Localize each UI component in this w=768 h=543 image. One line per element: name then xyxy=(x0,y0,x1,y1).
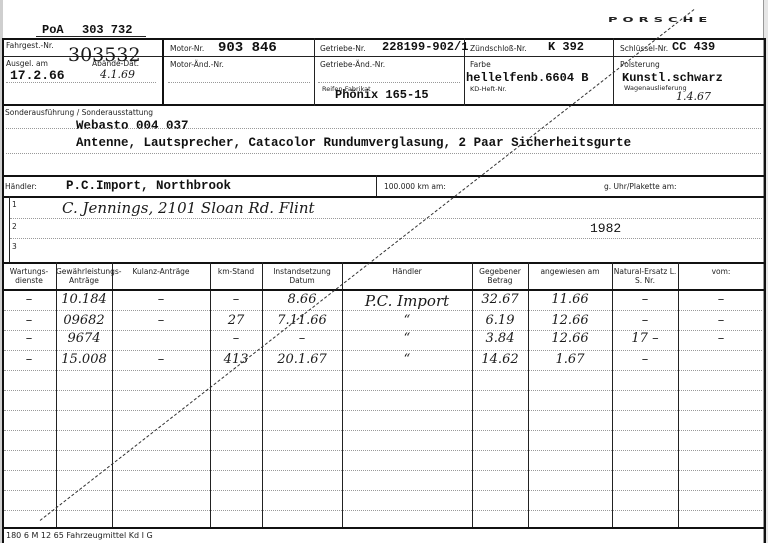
table-cell: 14.62 xyxy=(472,352,528,367)
table-header-0: Wartungs-dienste xyxy=(2,267,56,285)
table-cell: – xyxy=(112,292,210,307)
haendler-label: Händler: xyxy=(5,182,37,191)
table-cell: – xyxy=(262,331,342,346)
poa-number: 303 732 xyxy=(82,23,132,37)
owner-num-3: 3 xyxy=(12,242,17,251)
table-cell: P.C. Import xyxy=(342,292,472,310)
kd-heft-label: KD-Heft-Nr. xyxy=(470,85,507,93)
table-header-6: Gegebener Betrag xyxy=(472,267,528,285)
table-cell: 32.67 xyxy=(472,292,528,307)
table-cell: – xyxy=(678,331,764,346)
table-cell: 9674 xyxy=(56,331,112,346)
farbe-label: Farbe xyxy=(470,60,491,69)
table-cell: – xyxy=(612,313,678,328)
abaenderung-value: 4.1.69 xyxy=(100,68,135,81)
table-header-4: Instandsetzung Datum xyxy=(262,267,342,285)
abaenderung-label: Abände-Dat. xyxy=(92,59,139,68)
table-cell: 11.66 xyxy=(528,292,612,307)
table-header-8: Natural-Ersatz L. S. Nr. xyxy=(612,267,678,285)
getriebe-aend-label: Getriebe-Änd.-Nr. xyxy=(320,60,385,69)
zuendschloss-label: Zündschloß-Nr. xyxy=(470,44,527,53)
getriebe-nr-label: Getriebe-Nr. xyxy=(320,44,366,53)
uhr-label: g. Uhr/Plakette am: xyxy=(604,182,677,191)
table-cell: – xyxy=(678,313,764,328)
km-label: 100.000 km am: xyxy=(384,182,446,191)
sonder-label: Sonderausführung / Sonderausstattung xyxy=(5,108,153,117)
polsterung-value: Kunstl.schwarz xyxy=(622,71,723,85)
table-cell: – xyxy=(112,313,210,328)
sonder-line-1: Webasto 004 037 xyxy=(76,119,189,133)
getriebe-nr-value: 228199-902/1 xyxy=(382,40,468,54)
zuendschloss-value: K 392 xyxy=(548,40,584,54)
table-cell: “ xyxy=(342,313,472,328)
header-bottom-rule xyxy=(2,104,764,106)
table-cell: – xyxy=(612,292,678,307)
table-header-9: vom: xyxy=(678,267,764,276)
table-cell: – xyxy=(210,331,262,346)
table-cell: – xyxy=(2,313,56,328)
table-cell: 10.184 xyxy=(56,292,112,307)
table-header-2: Kulanz-Anträge xyxy=(112,267,210,276)
table-cell: 413 xyxy=(210,352,262,367)
reifen-value: Phönix 165-15 xyxy=(335,88,429,102)
ausgel-value: 17.2.66 xyxy=(10,68,65,83)
motor-nr-label: Motor-Nr. xyxy=(170,44,204,53)
ausgel-label: Ausgel. am xyxy=(6,59,48,68)
table-cell: – xyxy=(2,331,56,346)
table-cell: – xyxy=(210,292,262,307)
table-cell: 1.67 xyxy=(528,352,612,367)
owner-num-1: 1 xyxy=(12,200,17,209)
haendler-value: P.C.Import, Northbrook xyxy=(66,179,231,193)
owner-line-1: C. Jennings, 2101 Sloan Rd. Flint xyxy=(62,199,315,217)
owner-year: 1982 xyxy=(590,221,621,236)
owner-num-2: 2 xyxy=(12,222,17,231)
wagenauslieferung-value: 1.4.67 xyxy=(676,90,711,103)
fahrgestell-label: Fahrgest.-Nr. xyxy=(6,41,54,50)
table-header-1: Gewährleistungs-Anträge xyxy=(56,267,112,285)
farbe-value: hellelfenb.6604 B xyxy=(466,71,588,85)
table-cell: 12.66 xyxy=(528,313,612,328)
sonder-line-2: Antenne, Lautsprecher, Catacolor Rundumv… xyxy=(76,136,631,150)
table-cell: 09682 xyxy=(56,313,112,328)
poa-label: PoA xyxy=(42,23,64,37)
table-cell: – xyxy=(678,292,764,307)
table-header-3: km-Stand xyxy=(210,267,262,276)
table-cell: 15.008 xyxy=(56,352,112,367)
table-cell: – xyxy=(2,292,56,307)
table-header-7: angewiesen am xyxy=(528,267,612,276)
schluessel-value: CC 439 xyxy=(672,40,715,54)
table-cell: 6.19 xyxy=(472,313,528,328)
table-cell: “ xyxy=(342,352,472,367)
table-cell: – xyxy=(2,352,56,367)
porsche-logo: PORSCHE xyxy=(608,16,712,24)
table-cell: “ xyxy=(342,331,472,346)
table-cell: – xyxy=(612,352,678,367)
table-cell: 20.1.67 xyxy=(262,352,342,367)
table-cell: 27 xyxy=(210,313,262,328)
table-cell: 17 – xyxy=(612,331,678,346)
motor-nr-value: 903 846 xyxy=(218,40,277,56)
footer-text: 180 6 M 12 65 Fahrzeugmittel Kd I G xyxy=(6,531,153,540)
table-cell: – xyxy=(112,352,210,367)
table-cell: 12.66 xyxy=(528,331,612,346)
table-cell: 3.84 xyxy=(472,331,528,346)
motor-aend-label: Motor-Änd.-Nr. xyxy=(170,60,224,69)
